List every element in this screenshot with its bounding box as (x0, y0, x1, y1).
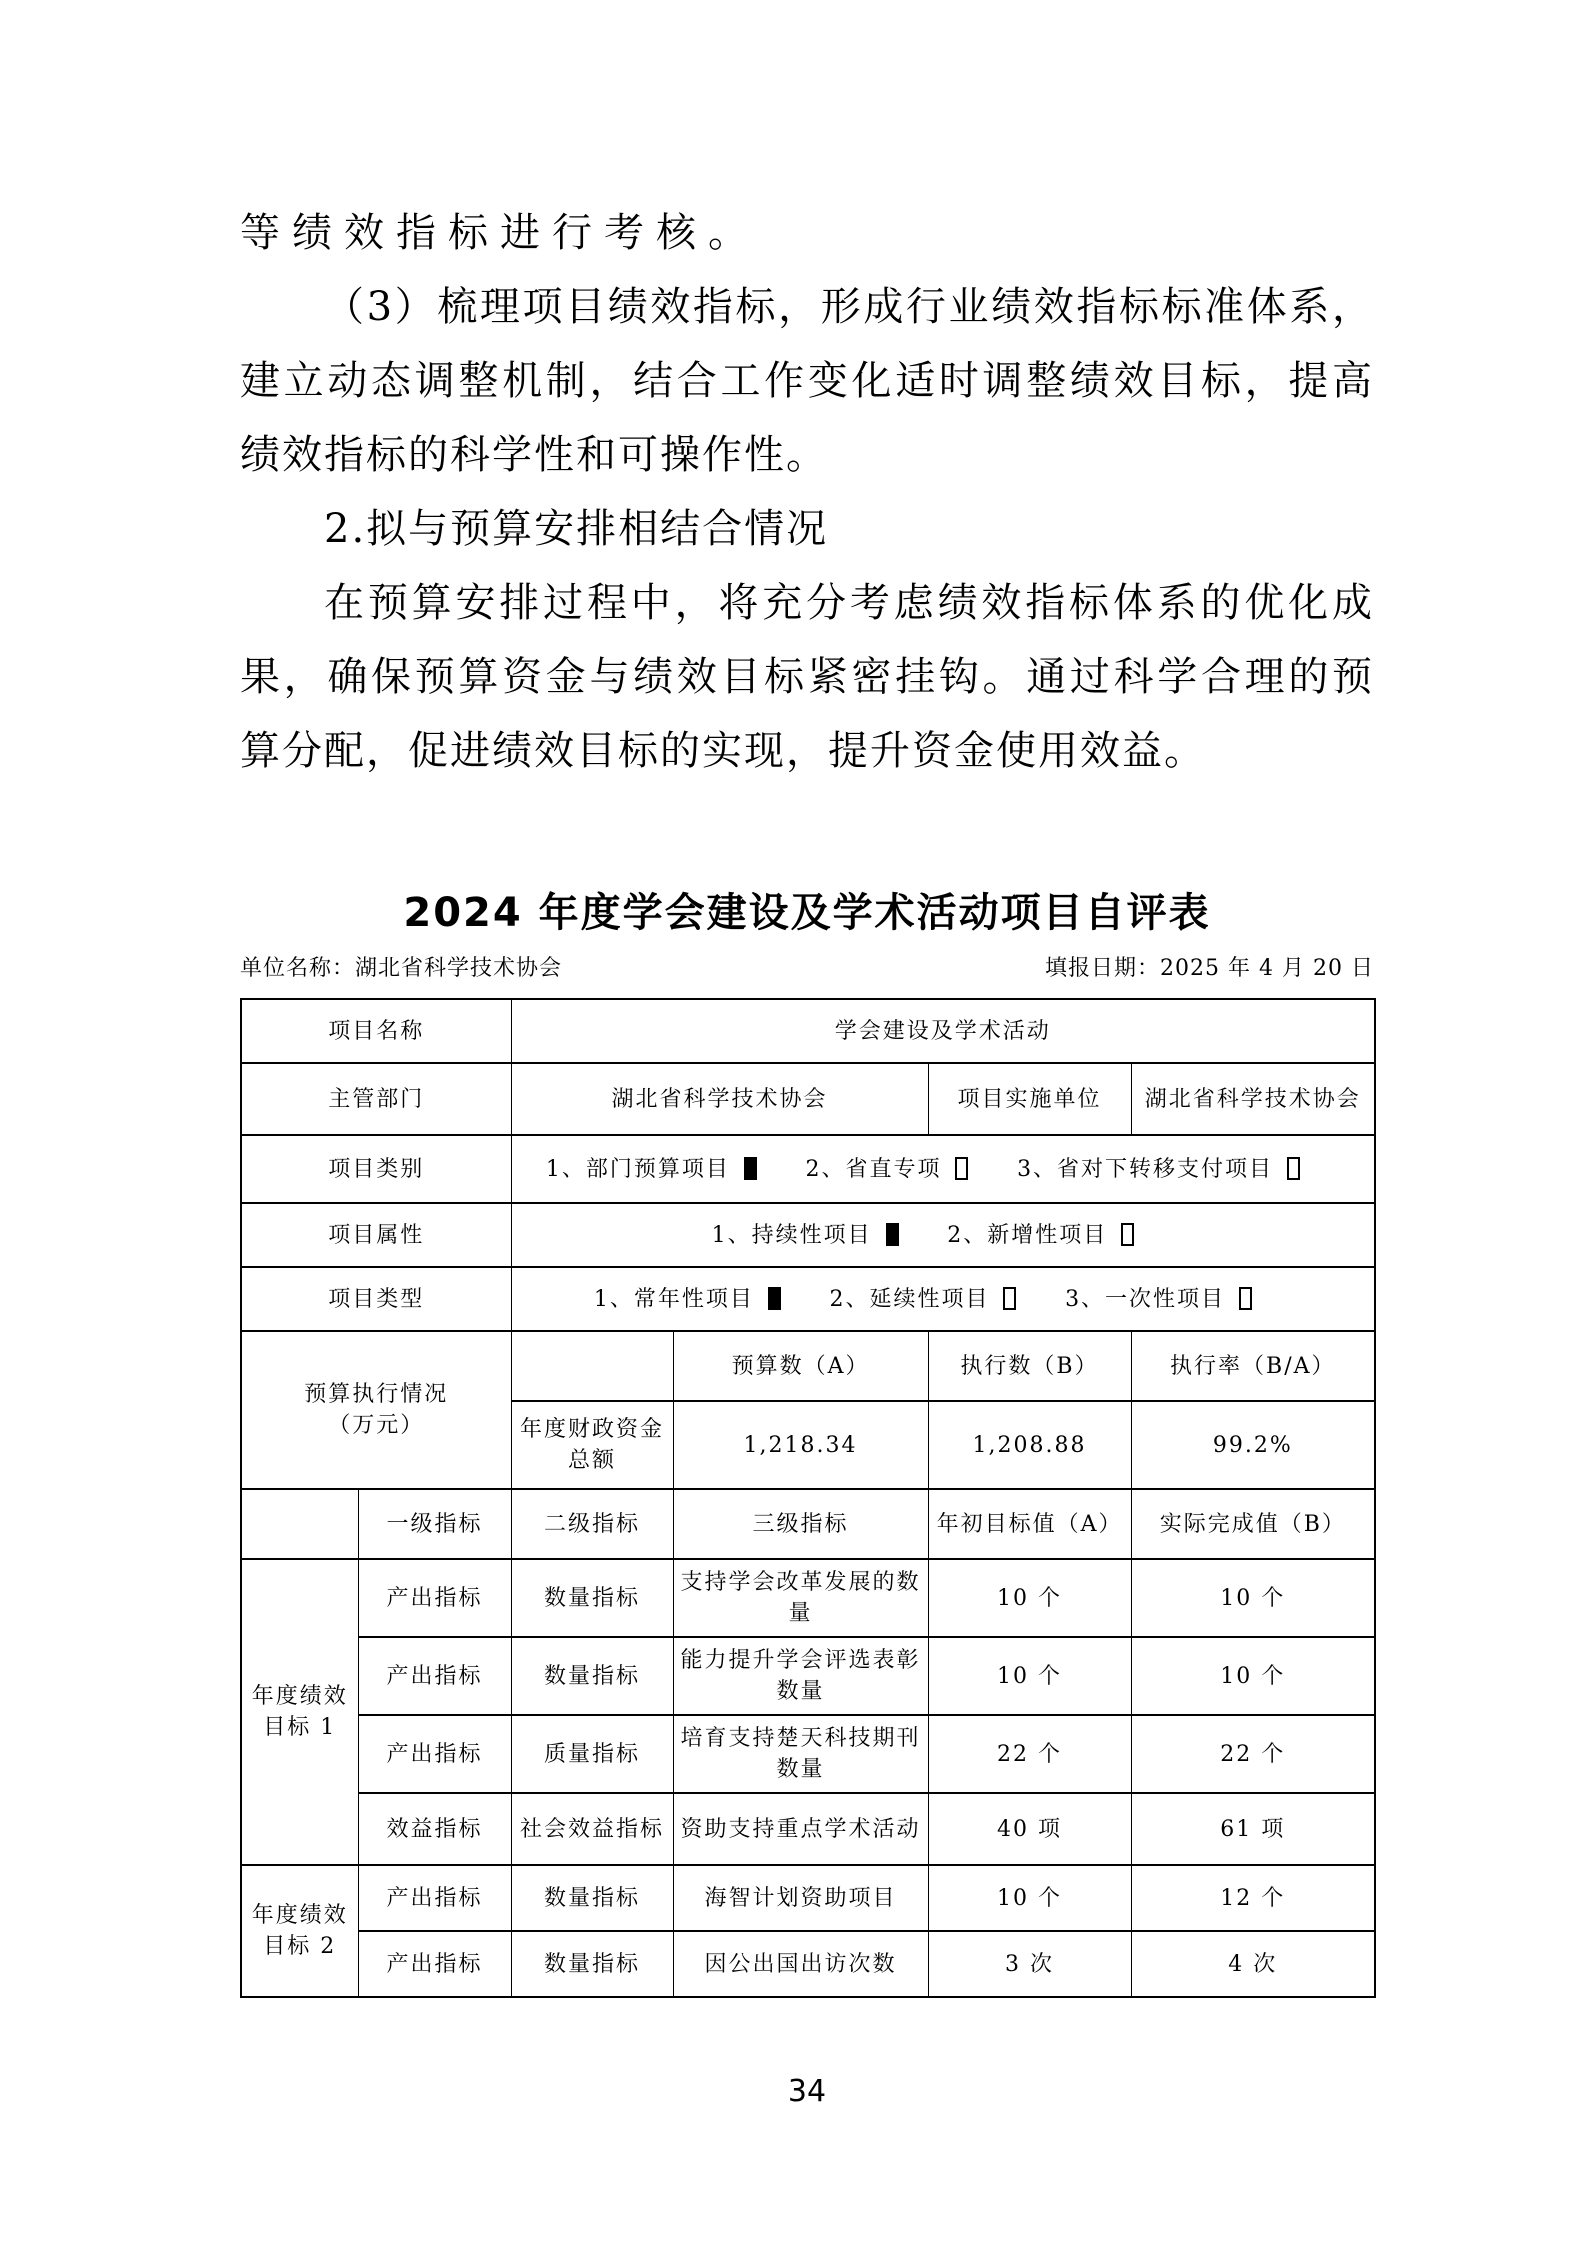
indicator-header-empty (241, 1489, 358, 1559)
indicator-target: 10 个 (928, 1559, 1131, 1637)
indicator-target: 22 个 (928, 1715, 1131, 1793)
page-number: 34 (240, 2070, 1374, 2114)
fill-date-label: 填报日期：2025 年 4 月 20 日 (1045, 954, 1374, 984)
checkbox-icon (886, 1223, 899, 1246)
goal2-line1: 年度绩效 (248, 1900, 352, 1931)
option-label: 1、部门预算项目 (546, 1157, 730, 1182)
department-label: 主管部门 (241, 1063, 511, 1135)
indicator-l2: 数量指标 (511, 1559, 673, 1637)
option: 2、延续性项目 (829, 1287, 1016, 1312)
budget-row-label-line1: 年度财政资金 (518, 1414, 667, 1445)
budget-row-label: 年度财政资金 总额 (511, 1401, 673, 1489)
text-line: 建立动态调整机制，结合工作变化适时调整绩效目标，提高 (240, 344, 1374, 418)
indicator-actual: 10 个 (1131, 1559, 1375, 1637)
indicator-header-actual: 实际完成值（B） (1131, 1489, 1375, 1559)
budget-empty-cell (511, 1331, 673, 1401)
budget-label-line2: （万元） (248, 1410, 505, 1441)
goal1-line1: 年度绩效 (248, 1681, 352, 1712)
option: 1、常年性项目 (594, 1287, 781, 1312)
attribute-label: 项目属性 (241, 1203, 511, 1267)
indicator-header-target: 年初目标值（A） (928, 1489, 1131, 1559)
indicator-l1: 产出指标 (358, 1637, 511, 1715)
indicator-l2: 质量指标 (511, 1715, 673, 1793)
indicator-l2: 数量指标 (511, 1637, 673, 1715)
budget-col-rate: 执行率（B/A） (1131, 1331, 1375, 1401)
type-options: 1、常年性项目 2、延续性项目 3、一次性项目 (511, 1267, 1375, 1331)
project-name-label: 项目名称 (241, 999, 511, 1063)
text-line: 算分配，促进绩效目标的实现，提升资金使用效益。 (240, 714, 1374, 788)
department-value: 湖北省科学技术协会 (511, 1063, 928, 1135)
option: 1、部门预算项目 (546, 1157, 757, 1182)
indicator-l1: 产出指标 (358, 1865, 511, 1931)
checkbox-icon (1239, 1287, 1252, 1310)
project-name-value: 学会建设及学术活动 (511, 999, 1375, 1063)
body-text: 等绩效指标进行考核。 （3）梳理项目绩效指标，形成行业绩效指标标准体系， 建立动… (240, 0, 1374, 788)
indicator-l3: 培育支持楚天科技期刊数量 (673, 1715, 928, 1793)
indicator-l2: 社会效益指标 (511, 1793, 673, 1865)
checkbox-icon (768, 1287, 781, 1310)
text-line: 绩效指标的科学性和可操作性。 (240, 418, 1374, 492)
budget-section-label: 预算执行情况 （万元） (241, 1331, 511, 1489)
indicator-l1: 产出指标 (358, 1715, 511, 1793)
option-label: 1、持续性项目 (712, 1223, 872, 1248)
category-label: 项目类别 (241, 1135, 511, 1203)
indicator-l2: 数量指标 (511, 1865, 673, 1931)
document-page: 等绩效指标进行考核。 （3）梳理项目绩效指标，形成行业绩效指标标准体系， 建立动… (0, 0, 1587, 2245)
indicator-actual: 4 次 (1131, 1931, 1375, 1997)
indicator-target: 10 个 (928, 1637, 1131, 1715)
indicator-actual: 22 个 (1131, 1715, 1375, 1793)
option-label: 2、延续性项目 (829, 1287, 989, 1312)
indicator-header-l3: 三级指标 (673, 1489, 928, 1559)
indicator-row: 产出指标 质量指标 培育支持楚天科技期刊数量 22 个 22 个 (241, 1715, 1375, 1793)
indicator-row: 效益指标 社会效益指标 资助支持重点学术活动 40 项 61 项 (241, 1793, 1375, 1865)
row-type: 项目类型 1、常年性项目 2、延续性项目 3、一次性项目 (241, 1267, 1375, 1331)
text-line: 2.拟与预算安排相结合情况 (240, 492, 1374, 566)
budget-label-line1: 预算执行情况 (248, 1379, 505, 1410)
indicator-target: 40 项 (928, 1793, 1131, 1865)
row-category: 项目类别 1、部门预算项目 2、省直专项 3、省对下转移支付项目 (241, 1135, 1375, 1203)
option: 1、持续性项目 (712, 1223, 899, 1248)
indicator-l2: 数量指标 (511, 1931, 673, 1997)
indicator-l1: 产出指标 (358, 1559, 511, 1637)
text-line: 等绩效指标进行考核。 (240, 196, 1374, 270)
indicator-l3: 能力提升学会评选表彰数量 (673, 1637, 928, 1715)
indicator-l1: 效益指标 (358, 1793, 511, 1865)
attribute-options: 1、持续性项目 2、新增性项目 (511, 1203, 1375, 1267)
indicator-l3: 因公出国出访次数 (673, 1931, 928, 1997)
option: 2、省直专项 (805, 1157, 968, 1182)
indicator-target: 10 个 (928, 1865, 1131, 1931)
text-line: 果，确保预算资金与绩效目标紧密挂钩。通过科学合理的预 (240, 640, 1374, 714)
goal1-label: 年度绩效 目标 1 (241, 1559, 358, 1865)
indicator-l3: 海智计划资助项目 (673, 1865, 928, 1931)
indicator-row: 年度绩效 目标 1 产出指标 数量指标 支持学会改革发展的数量 10 个 10 … (241, 1559, 1375, 1637)
indicator-header-l2: 二级指标 (511, 1489, 673, 1559)
row-attribute: 项目属性 1、持续性项目 2、新增性项目 (241, 1203, 1375, 1267)
indicator-target: 3 次 (928, 1931, 1131, 1997)
budget-col-b: 执行数（B） (928, 1331, 1131, 1401)
budget-col-a: 预算数（A） (673, 1331, 928, 1401)
checkbox-icon (744, 1157, 757, 1180)
row-indicator-header: 一级指标 二级指标 三级指标 年初目标值（A） 实际完成值（B） (241, 1489, 1375, 1559)
checkbox-icon (955, 1157, 968, 1180)
option: 3、一次性项目 (1065, 1287, 1252, 1312)
type-label: 项目类型 (241, 1267, 511, 1331)
budget-row-label-line2: 总额 (518, 1445, 667, 1476)
checkbox-icon (1121, 1223, 1134, 1246)
row-project-name: 项目名称 学会建设及学术活动 (241, 999, 1375, 1063)
text-line: （3）梳理项目绩效指标，形成行业绩效指标标准体系， (240, 270, 1374, 344)
indicator-row: 年度绩效 目标 2 产出指标 数量指标 海智计划资助项目 10 个 12 个 (241, 1865, 1375, 1931)
budget-amount-a: 1,218.34 (673, 1401, 928, 1489)
checkbox-icon (1287, 1157, 1300, 1180)
self-evaluation-table: 项目名称 学会建设及学术活动 主管部门 湖北省科学技术协会 项目实施单位 湖北省… (240, 998, 1376, 1998)
goal2-label: 年度绩效 目标 2 (241, 1865, 358, 1997)
indicator-row: 产出指标 数量指标 能力提升学会评选表彰数量 10 个 10 个 (241, 1637, 1375, 1715)
budget-rate: 99.2% (1131, 1401, 1375, 1489)
page-content: 等绩效指标进行考核。 （3）梳理项目绩效指标，形成行业绩效指标标准体系， 建立动… (240, 0, 1374, 2114)
budget-amount-b: 1,208.88 (928, 1401, 1131, 1489)
table-meta-row: 单位名称：湖北省科学技术协会 填报日期：2025 年 4 月 20 日 (240, 954, 1374, 984)
indicator-actual: 61 项 (1131, 1793, 1375, 1865)
indicator-actual: 12 个 (1131, 1865, 1375, 1931)
option-label: 2、省直专项 (805, 1157, 941, 1182)
goal1-line2: 目标 1 (248, 1712, 352, 1743)
indicator-l3: 资助支持重点学术活动 (673, 1793, 928, 1865)
indicator-l1: 产出指标 (358, 1931, 511, 1997)
category-options: 1、部门预算项目 2、省直专项 3、省对下转移支付项目 (511, 1135, 1375, 1203)
goal2-line2: 目标 2 (248, 1931, 352, 1962)
impl-unit-value: 湖北省科学技术协会 (1131, 1063, 1375, 1135)
table-title: 2024 年度学会建设及学术活动项目自评表 (240, 888, 1374, 938)
unit-name-label: 单位名称：湖北省科学技术协会 (240, 954, 562, 984)
indicator-header-l1: 一级指标 (358, 1489, 511, 1559)
checkbox-icon (1003, 1287, 1016, 1310)
option: 3、省对下转移支付项目 (1017, 1157, 1300, 1182)
option-label: 3、一次性项目 (1065, 1287, 1225, 1312)
option-label: 3、省对下转移支付项目 (1017, 1157, 1273, 1182)
option-label: 2、新增性项目 (947, 1223, 1107, 1248)
option-label: 1、常年性项目 (594, 1287, 754, 1312)
indicator-row: 产出指标 数量指标 因公出国出访次数 3 次 4 次 (241, 1931, 1375, 1997)
indicator-actual: 10 个 (1131, 1637, 1375, 1715)
row-department: 主管部门 湖北省科学技术协会 项目实施单位 湖北省科学技术协会 (241, 1063, 1375, 1135)
option: 2、新增性项目 (947, 1223, 1134, 1248)
text-line: 在预算安排过程中，将充分考虑绩效指标体系的优化成 (240, 566, 1374, 640)
indicator-l3: 支持学会改革发展的数量 (673, 1559, 928, 1637)
impl-unit-label: 项目实施单位 (928, 1063, 1131, 1135)
row-budget-header: 预算执行情况 （万元） 预算数（A） 执行数（B） 执行率（B/A） (241, 1331, 1375, 1401)
